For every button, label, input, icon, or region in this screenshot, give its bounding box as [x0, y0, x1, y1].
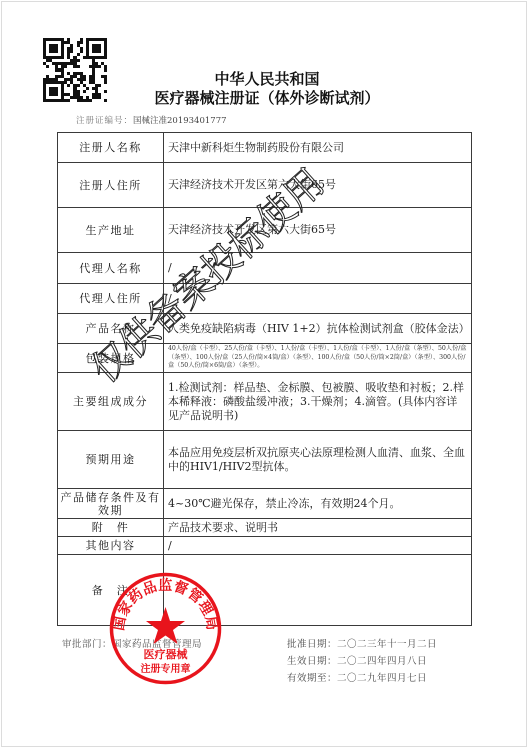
table-row: 注册人住所 天津经济技术开发区第六大街65号: [58, 163, 472, 208]
expiry-date: 有效期至：二〇二九年四月七日: [287, 670, 437, 687]
row-label: 产品储存条件及有效期: [58, 489, 164, 519]
row-value: 天津经济技术开发区第六大街65号: [164, 208, 472, 253]
table-row: 代理人住所 /: [58, 284, 472, 314]
table-row: 生产地址 天津经济技术开发区第六大街65号: [58, 208, 472, 253]
row-label: 备 注: [58, 555, 164, 626]
row-value: 产品技术要求、说明书: [164, 519, 472, 537]
table-row: 包装规格 40人份/盒（卡型）、25人份/盒（卡型）、1人份/盒（卡型）、1人份…: [58, 344, 472, 373]
table-row: 预期用途 本品应用免疫层析双抗原夹心法原理检测人血清、血浆、全血中的HIV1/H…: [58, 431, 472, 489]
table-row: 产品名称 人类免疫缺陷病毒（HIV 1+2）抗体检测试剂盒（胶体金法）: [58, 314, 472, 344]
date-value: 二〇二四年四月八日: [337, 656, 427, 667]
row-label: 代理人住所: [58, 284, 164, 314]
row-value: 本品应用免疫层析双抗原夹心法原理检测人血清、血浆、全血中的HIV1/HIV2型抗…: [164, 431, 472, 489]
table-row: 主要组成成分 1.检测试剂：样品垫、金标膜、包被膜、吸收垫和衬板；2.样本稀释液…: [58, 373, 472, 431]
row-value: [164, 555, 472, 626]
row-value: 1.检测试剂：样品垫、金标膜、包被膜、吸收垫和衬板；2.样本稀释液：磷酸盐缓冲液…: [164, 373, 472, 431]
row-label: 附 件: [58, 519, 164, 537]
row-value: /: [164, 537, 472, 555]
row-value: /: [164, 284, 472, 314]
title-country: 中华人民共和国: [2, 68, 530, 89]
approval-department: 审批部门：国家药品监督管理局: [62, 636, 202, 650]
table-row: 代理人名称 /: [58, 253, 472, 284]
registration-number-value: 国械注准20193401777: [133, 116, 227, 126]
table-row: 其他内容 /: [58, 537, 472, 555]
approval-date: 批准日期：二〇二三年十一月二日: [287, 636, 437, 653]
row-label: 代理人名称: [58, 253, 164, 284]
table-row: 备 注: [58, 555, 472, 626]
registration-number-label: 注册证编号：: [76, 116, 133, 126]
row-value: /: [164, 253, 472, 284]
date-label: 有效期至：: [287, 673, 337, 684]
date-label: 批准日期：: [287, 639, 337, 650]
row-label: 注册人名称: [58, 133, 164, 163]
row-value: 人类免疫缺陷病毒（HIV 1+2）抗体检测试剂盒（胶体金法）: [164, 314, 472, 344]
row-label: 主要组成成分: [58, 373, 164, 431]
row-value: 4~30℃避光保存，禁止冷冻，有效期24个月。: [164, 489, 472, 519]
row-value: 天津经济技术开发区第六大街65号: [164, 163, 472, 208]
row-label: 包装规格: [58, 344, 164, 373]
effective-date: 生效日期：二〇二四年四月八日: [287, 653, 437, 670]
date-value: 二〇二三年十一月二日: [337, 639, 437, 650]
date-label: 生效日期：: [287, 656, 337, 667]
row-label: 产品名称: [58, 314, 164, 344]
row-label: 预期用途: [58, 431, 164, 489]
certificate-table: 注册人名称 天津中新科炬生物制药股份有限公司 注册人住所 天津经济技术开发区第六…: [57, 132, 472, 626]
row-label: 注册人住所: [58, 163, 164, 208]
row-label: 生产地址: [58, 208, 164, 253]
row-value: 天津中新科炬生物制药股份有限公司: [164, 133, 472, 163]
table-row: 产品储存条件及有效期 4~30℃避光保存，禁止冷冻，有效期24个月。: [58, 489, 472, 519]
title-certificate: 医疗器械注册证（体外诊断试剂）: [2, 87, 530, 108]
row-label: 其他内容: [58, 537, 164, 555]
table-row: 附 件 产品技术要求、说明书: [58, 519, 472, 537]
registration-number: 注册证编号：国械注准20193401777: [76, 114, 227, 126]
row-value: 40人份/盒（卡型）、25人份/盒（卡型）、1人份/盒（卡型）、1人份/盒（卡型…: [164, 344, 472, 373]
approval-department-value: 国家药品监督管理局: [112, 639, 202, 650]
date-value: 二〇二九年四月七日: [337, 673, 427, 684]
approval-department-label: 审批部门：: [62, 639, 112, 650]
table-row: 注册人名称 天津中新科炬生物制药股份有限公司: [58, 133, 472, 163]
dates-block: 批准日期：二〇二三年十一月二日 生效日期：二〇二四年四月八日 有效期至：二〇二九…: [287, 636, 437, 687]
